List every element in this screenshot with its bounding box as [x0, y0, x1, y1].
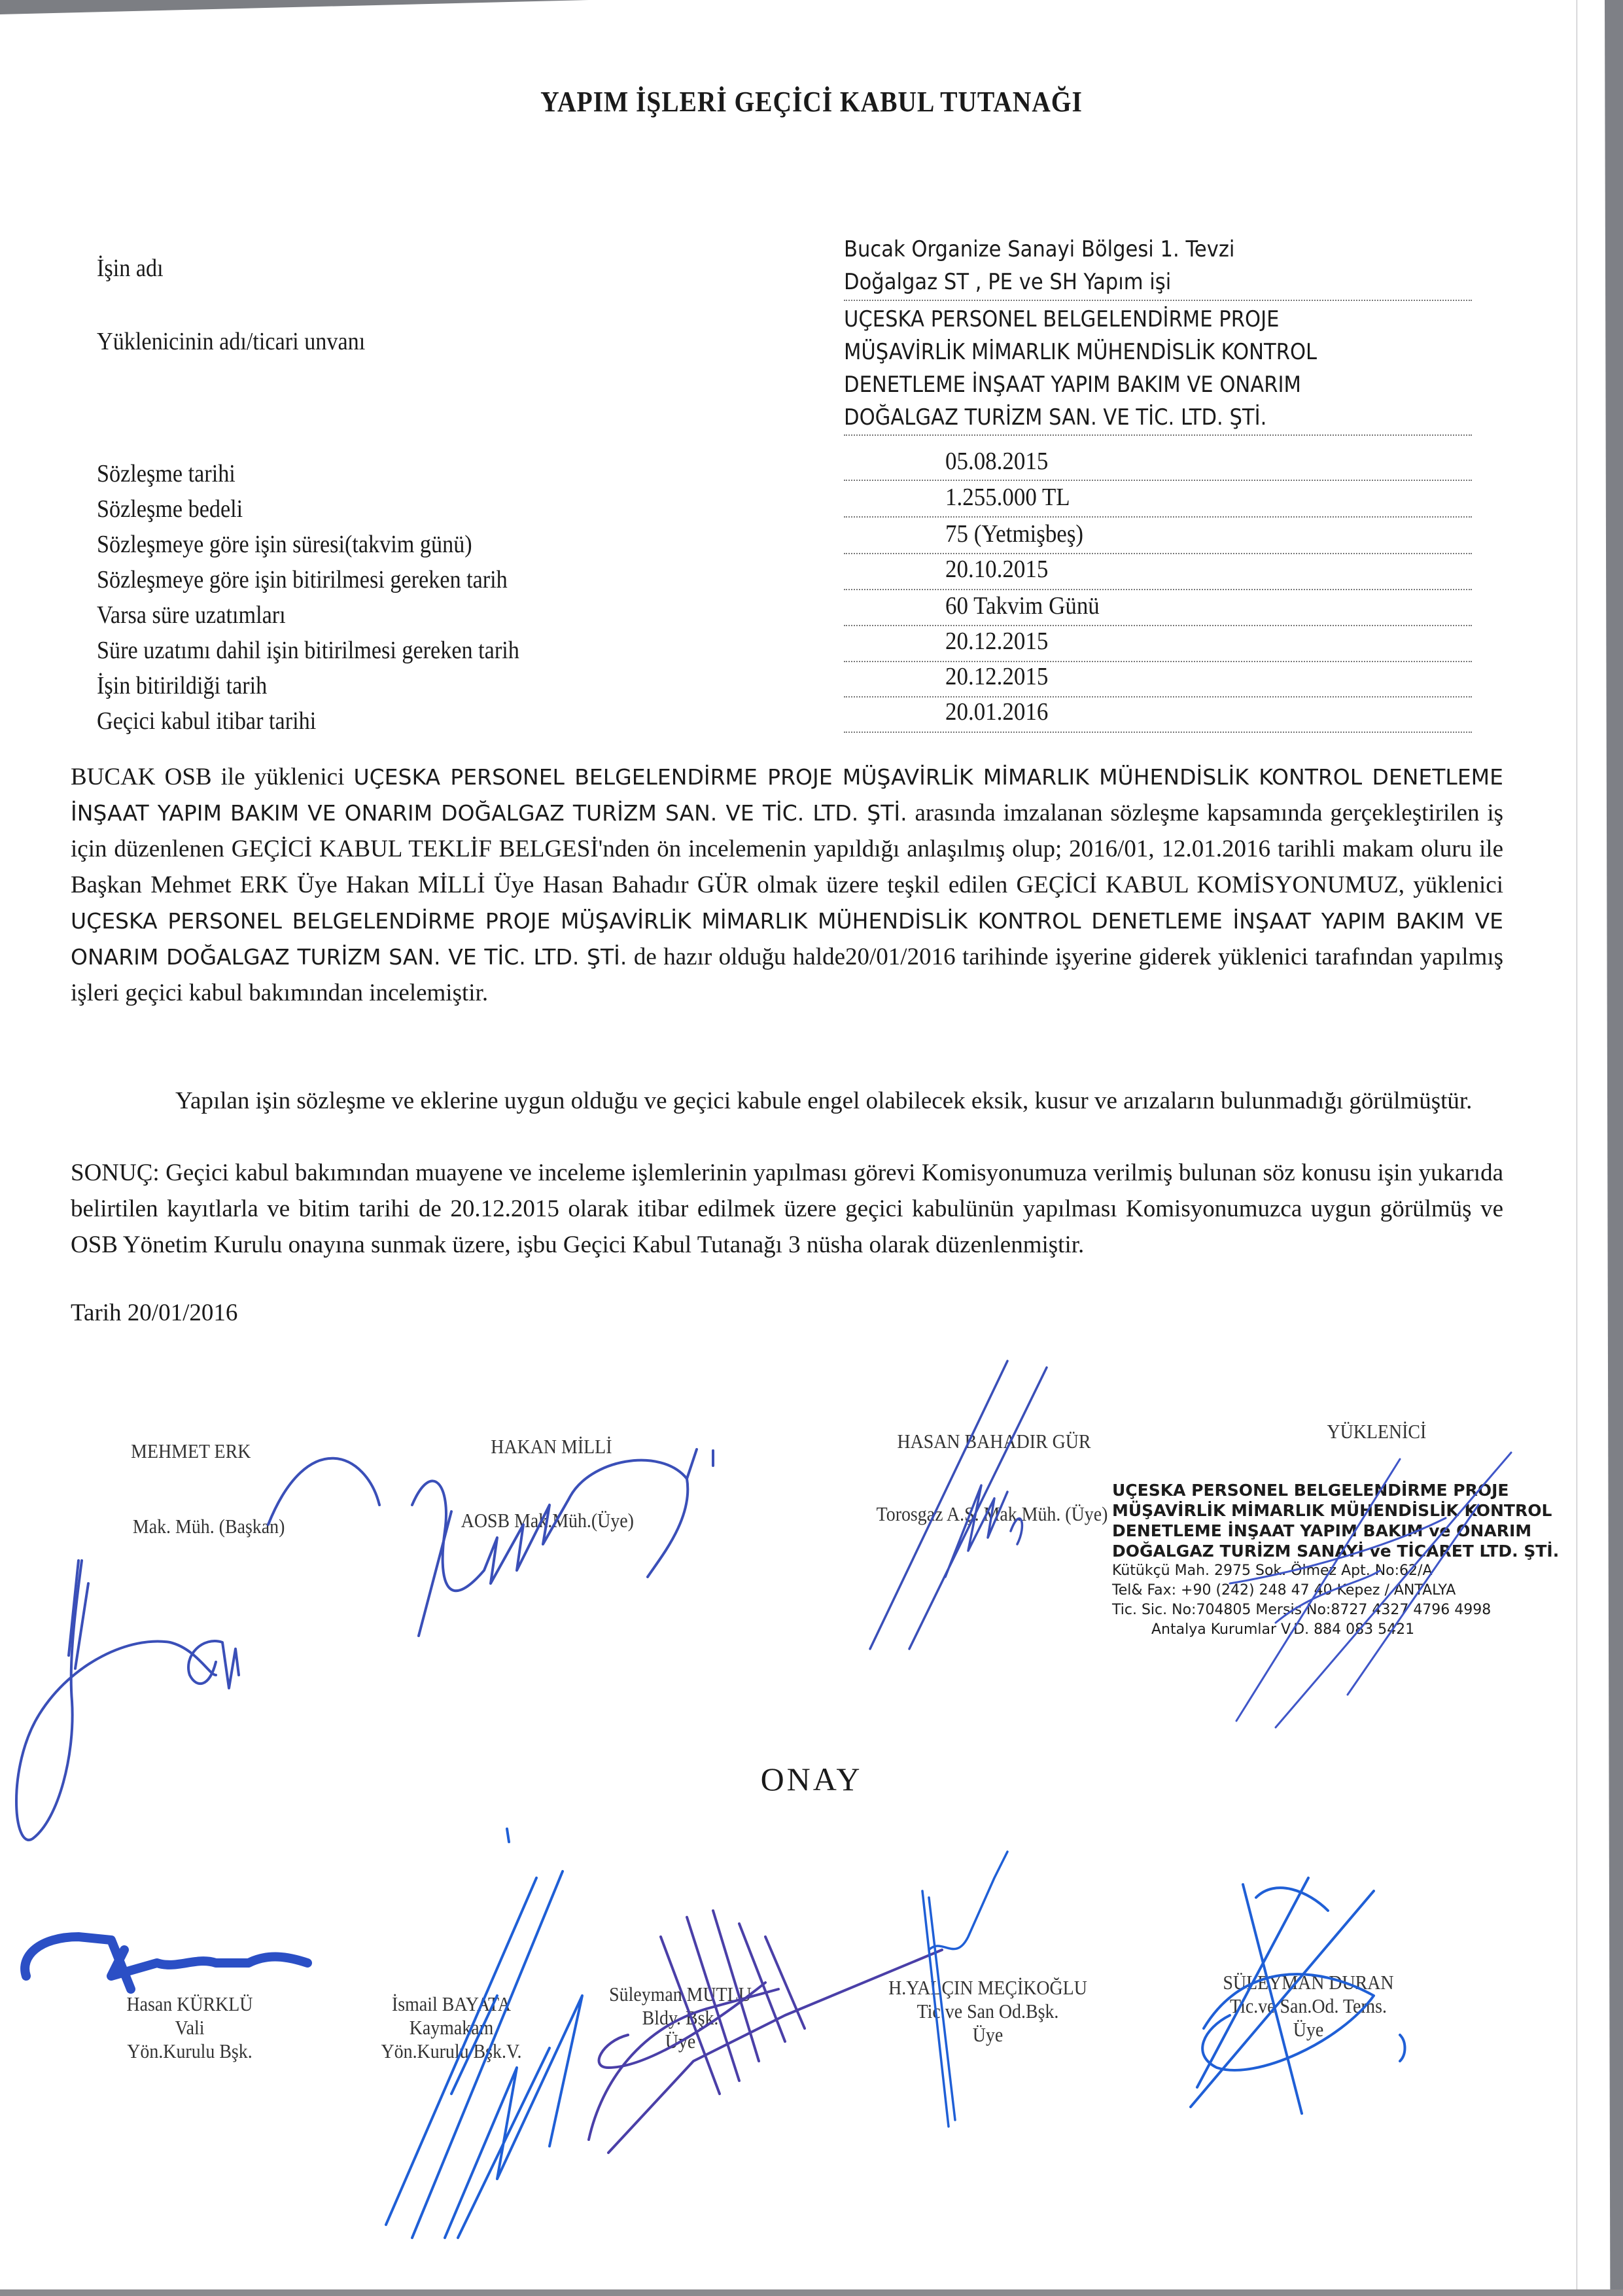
field-value-contractor-2: MÜŞAVİRLİK MİMARLIK MÜHENDİSLİK KONTROL — [844, 337, 1317, 368]
approver-3: Süleyman MUTLU Bldy. Bşk. Üye — [598, 1983, 763, 2053]
field-value-contractor-1: UÇESKA PERSONEL BELGELENDİRME PROJE — [844, 304, 1279, 335]
field-value-contract-date: 05.08.2015 — [945, 447, 1048, 476]
commission-role-1: Mak. Müh. (Başkan) — [133, 1515, 285, 1538]
scan-fold-line — [1577, 0, 1577, 2296]
body-paragraph-2: Yapılan işin sözleşme ve eklerine uygun … — [71, 1083, 1503, 1119]
field-label-duration: Sözleşmeye göre işin süresi(takvim günü) — [97, 530, 472, 559]
field-divider — [844, 589, 1472, 590]
field-label-extended-due-date: Süre uzatımı dahil işin bitirilmesi gere… — [97, 636, 519, 665]
field-value-duration: 75 (Yetmişbeş) — [945, 520, 1083, 548]
field-divider — [844, 434, 1472, 436]
body-paragraph-result: SONUÇ: Geçici kabul bakımından muayene v… — [71, 1155, 1503, 1263]
field-label-contract-date: Sözleşme tarihi — [97, 459, 236, 488]
commission-name-1: MEHMET ERK — [131, 1439, 251, 1463]
field-divider — [844, 480, 1472, 481]
commission-role-3: Torosgaz A.Ş. Mak.Müh. (Üye) — [877, 1502, 1108, 1526]
approval-heading: ONAY — [0, 1760, 1623, 1798]
field-value-job-name-1: Bucak Organize Sanayi Bölgesi 1. Tevzi — [844, 234, 1234, 265]
field-value-job-name-2: Doğalgaz ST , PE ve SH Yapım işi — [844, 267, 1171, 298]
scan-shadow-bottom — [0, 2289, 1623, 2296]
field-value-acceptance-date: 20.01.2016 — [945, 698, 1048, 726]
scan-shadow-right — [1605, 0, 1623, 2296]
approver-1: Hasan KÜRKLÜ Vali Yön.Kurulu Bşk. — [107, 1992, 272, 2063]
field-value-contract-price: 1.255.000 TL — [945, 483, 1070, 512]
document-title: YAPIM İŞLERİ GEÇİCİ KABUL TUTANAĞI — [81, 85, 1542, 118]
field-divider — [844, 553, 1472, 554]
field-divider — [844, 661, 1472, 662]
field-divider — [844, 625, 1472, 626]
field-label-contractor: Yüklenicinin adı/ticari unvanı — [97, 327, 365, 356]
commission-role-2: AOSB Mak.Müh.(Üye) — [461, 1509, 634, 1532]
field-divider — [844, 732, 1472, 733]
field-label-contract-price: Sözleşme bedeli — [97, 495, 243, 523]
approver-5: SÜLEYMAN DURAN Tic.ve San.Od. Tems. Üye — [1196, 1971, 1420, 2041]
field-value-extended-due-date: 20.12.2015 — [945, 627, 1048, 656]
contractor-stamp: UÇESKA PERSONEL BELGELENDİRME PROJE MÜŞA… — [1112, 1480, 1563, 1640]
field-value-due-date: 20.10.2015 — [945, 555, 1048, 584]
field-label-completion-date: İşin bitirildiği tarih — [97, 671, 267, 700]
scan-shadow-top — [0, 0, 589, 14]
approver-4: H.YALÇIN MEÇİKOĞLU Tic.ve San Od.Bşk. Üy… — [858, 1976, 1117, 2047]
field-divider — [844, 300, 1472, 301]
commission-name-3: HASAN BAHADIR GÜR — [897, 1430, 1091, 1453]
body-paragraph-1: BUCAK OSB ile yüklenici UÇESKA PERSONEL … — [71, 759, 1503, 1011]
approver-2: İsmail BAYATA Kaymakam Yön.Kurulu Bşk.V. — [363, 1992, 540, 2063]
field-label-acceptance-date: Geçici kabul itibar tarihi — [97, 707, 316, 735]
field-divider — [844, 696, 1472, 698]
document-date: Tarih 20/01/2016 — [71, 1299, 237, 1327]
field-value-contractor-4: DOĞALGAZ TURİZM SAN. VE TİC. LTD. ŞTİ. — [844, 402, 1266, 433]
field-label-due-date: Sözleşmeye göre işin bitirilmesi gereken… — [97, 565, 508, 594]
field-value-contractor-3: DENETLEME İNŞAAT YAPIM BAKIM VE ONARIM — [844, 370, 1301, 400]
commission-name-4: YÜKLENİCİ — [1327, 1420, 1426, 1443]
signature-hakan-milli — [412, 1449, 713, 1636]
field-value-extensions: 60 Takvim Günü — [945, 592, 1100, 620]
signature-hasan-kurklu — [25, 1937, 307, 1989]
field-divider — [844, 516, 1472, 518]
field-label-extensions: Varsa süre uzatımları — [97, 601, 286, 629]
field-value-completion-date: 20.12.2015 — [945, 662, 1048, 691]
field-label-job-name: İşin adı — [97, 254, 164, 283]
commission-name-2: HAKAN MİLLİ — [491, 1435, 612, 1458]
